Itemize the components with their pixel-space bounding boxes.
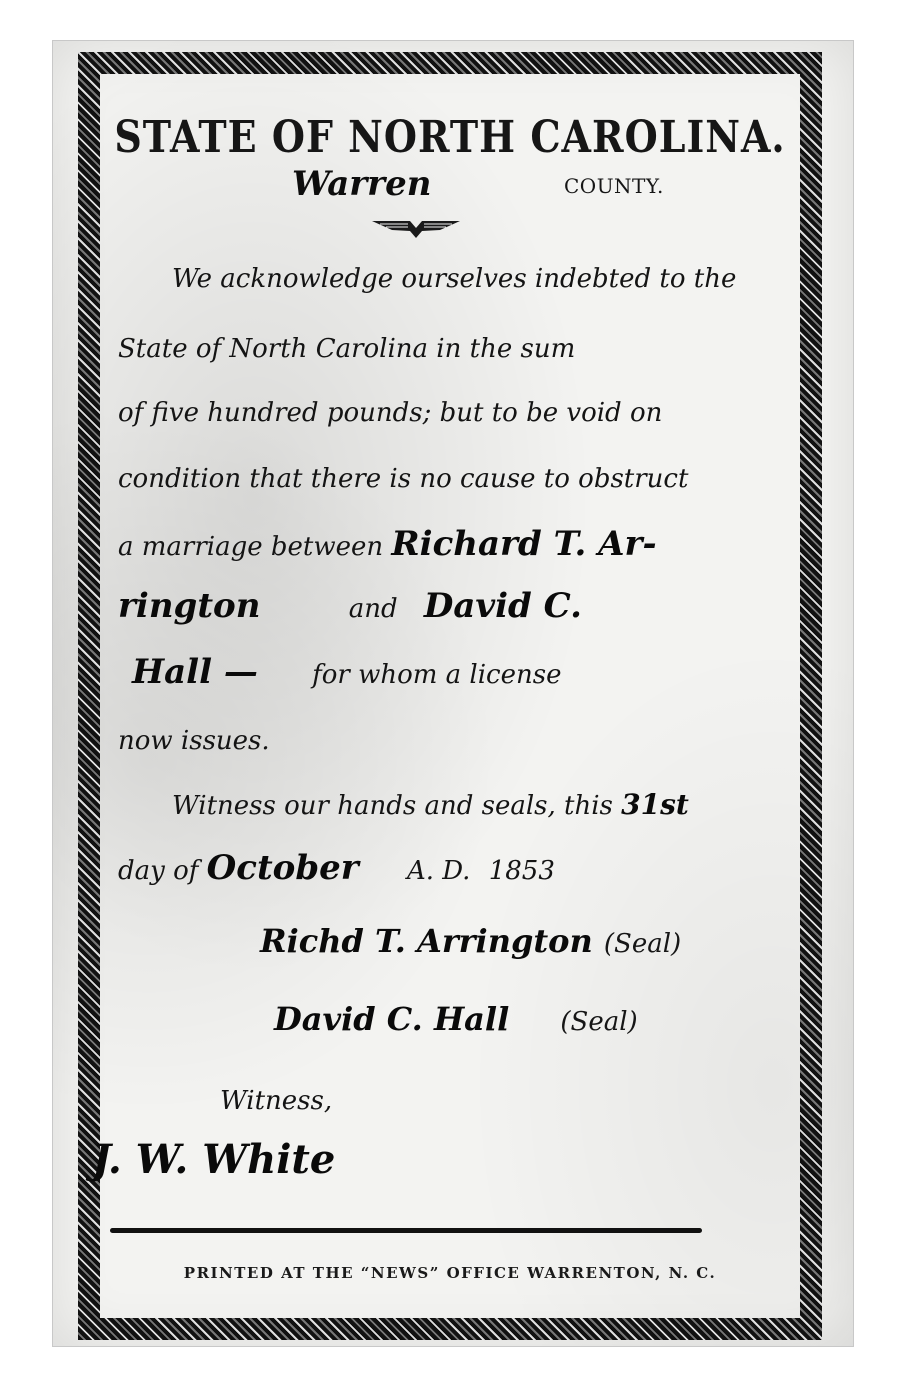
license-text: for whom a license — [312, 660, 561, 690]
printer-imprint: PRINTED AT THE “NEWS” OFFICE WARRENTON, … — [102, 1264, 798, 1282]
and-text: and — [349, 594, 398, 624]
witness-clause-line: Witness our hands and seals, this 31st — [172, 788, 782, 821]
signature-groom-name: Richd T. Arrington — [260, 922, 593, 960]
document-title: STATE OF NORTH CAROLINA. — [102, 111, 798, 163]
date-line: day of October A. D. 1853 — [118, 848, 782, 888]
body-line-3: of five hundred pounds; but to be void o… — [118, 398, 782, 428]
witness-signature: J. W. White — [92, 1136, 335, 1183]
groom-name-part1: Richard T. Ar- — [391, 524, 656, 564]
era-text: A. D. — [407, 856, 471, 886]
month-value: October — [207, 848, 359, 888]
body-line-8: now issues. — [118, 726, 782, 756]
county-label: COUNTY. — [564, 174, 664, 198]
body-line-6: rington and David C. — [118, 586, 782, 626]
county-name-handwritten: Warren — [292, 164, 431, 204]
witness-clause-text: Witness our hands and seals, this — [172, 791, 613, 821]
body-line-1: We acknowledge ourselves indebted to the — [172, 264, 782, 294]
signature-groom: Richd T. Arrington (Seal) — [260, 922, 681, 960]
county-row: Warren COUNTY. — [102, 168, 798, 208]
bride-name-part1: David C. — [424, 586, 582, 626]
body-line-7: Hall — for whom a license — [118, 652, 782, 692]
body-line-2: State of North Carolina in the sum — [118, 334, 782, 364]
day-of-text: day of — [118, 856, 198, 886]
signature-bride: David C. Hall (Seal) — [274, 1000, 638, 1038]
groom-name-part2: rington — [118, 586, 260, 626]
signature-bride-name: David C. Hall — [274, 1000, 509, 1038]
witness-label: Witness, — [220, 1086, 332, 1116]
seal-label-groom: (Seal) — [604, 929, 681, 959]
body-line-4: condition that there is no cause to obst… — [118, 464, 782, 494]
day-value: 31st — [621, 788, 689, 821]
year-value: 1853 — [489, 856, 555, 886]
bride-name-part2: Hall — — [132, 652, 258, 692]
seal-label-bride: (Seal) — [560, 1007, 637, 1037]
eagle-ornament-icon — [370, 218, 462, 240]
body-line-5: a marriage between Richard T. Ar- — [118, 524, 782, 564]
witness-signature-line — [110, 1228, 702, 1233]
document-content: STATE OF NORTH CAROLINA. Warren COUNTY. … — [102, 76, 798, 1316]
marriage-between-text: a marriage between — [118, 532, 383, 562]
